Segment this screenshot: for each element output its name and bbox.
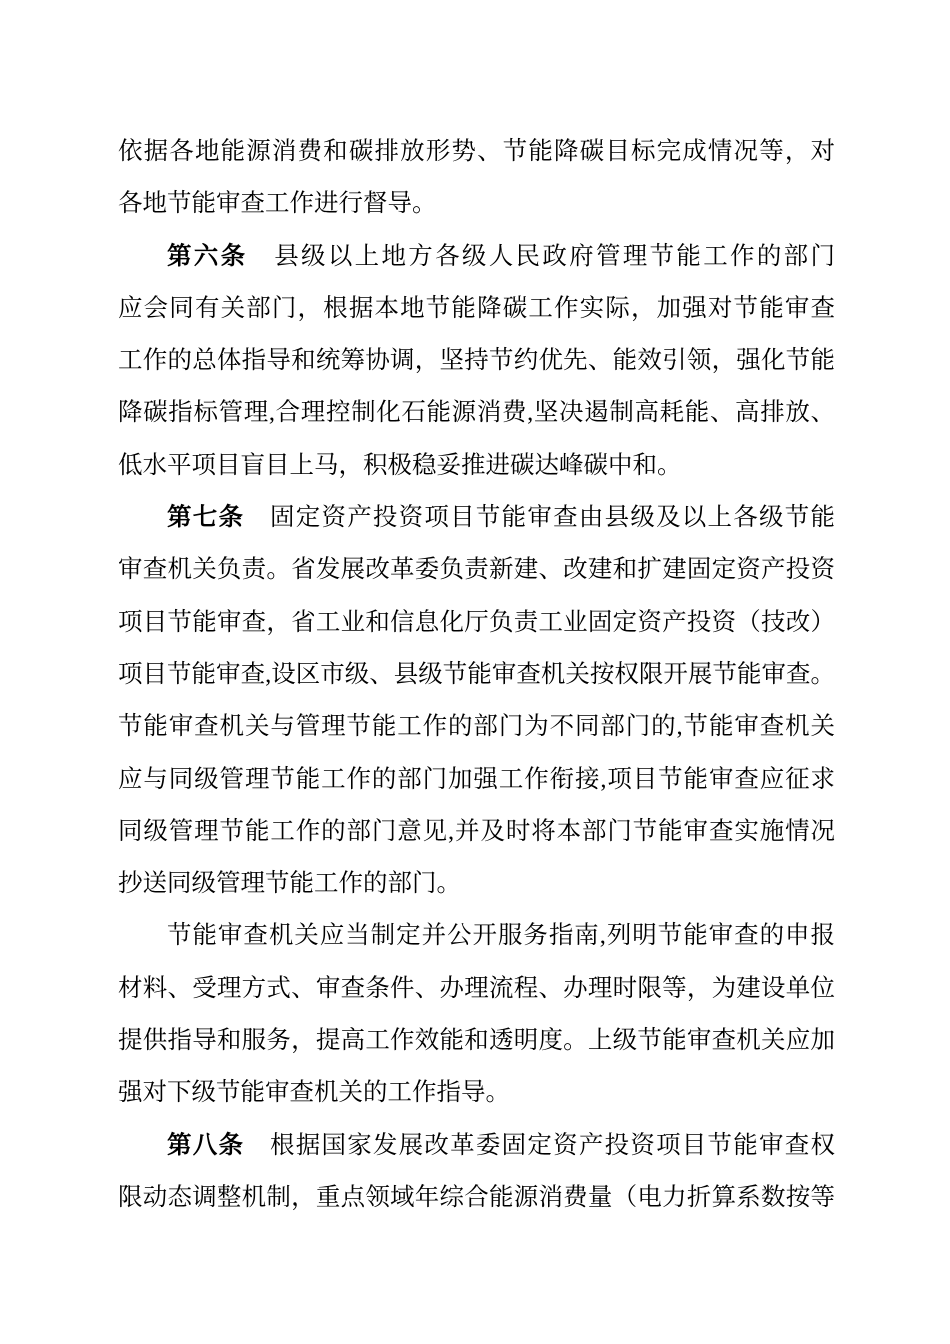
- text-line: 提供指导和服务，提高工作效能和透明度。上级节能审查机关应加: [118, 1015, 835, 1067]
- text-line: 强对下级节能审查机关的工作指导。: [118, 1067, 835, 1119]
- text-line: 各地节能审查工作进行督导。: [118, 178, 835, 230]
- article-number: 第八条: [167, 1132, 244, 1159]
- text-line: 依据各地能源消费和碳排放形势、节能降碳目标完成情况等，对: [118, 126, 835, 178]
- text-line: 同级管理节能工作的部门意见,并及时将本部门节能审查实施情况: [118, 806, 835, 858]
- text-line: 低水平项目盲目上马，积极稳妥推进碳达峰碳中和。: [118, 440, 835, 492]
- text-line: 项目节能审查,设区市级、县级节能审查机关按权限开展节能审查。: [118, 649, 835, 701]
- text-line: 节能审查机关应当制定并公开服务指南,列明节能审查的申报: [118, 910, 835, 962]
- document-page: 依据各地能源消费和碳排放形势、节能降碳目标完成情况等，对 各地节能审查工作进行督…: [0, 0, 950, 1344]
- article-number: 第七条: [167, 504, 244, 531]
- paragraph-line: 第八条 根据国家发展改革委固定资产投资项目节能审查权: [118, 1120, 835, 1172]
- line-text: 根据国家发展改革委固定资产投资项目节能审查权: [244, 1132, 835, 1159]
- article-number: 第六条: [167, 243, 247, 270]
- text-line: 材料、受理方式、审查条件、办理流程、办理时限等，为建设单位: [118, 963, 835, 1015]
- text-line: 节能审查机关与管理节能工作的部门为不同部门的,节能审查机关: [118, 701, 835, 753]
- line-text: 固定资产投资项目节能审查由县级及以上各级节能: [244, 504, 835, 531]
- text-line: 应会同有关部门，根据本地节能降碳工作实际，加强对节能审查: [118, 283, 835, 335]
- text-line: 限动态调整机制，重点领域年综合能源消费量（电力折算系数按等: [118, 1172, 835, 1224]
- text-line: 应与同级管理节能工作的部门加强工作衔接,项目节能审查应征求: [118, 754, 835, 806]
- document-text-block: 依据各地能源消费和碳排放形势、节能降碳目标完成情况等，对 各地节能审查工作进行督…: [118, 126, 835, 1224]
- text-line: 审查机关负责。省发展改革委负责新建、改建和扩建固定资产投资: [118, 544, 835, 596]
- line-text: 县级以上地方各级人民政府管理节能工作的部门: [247, 243, 835, 270]
- text-line: 降碳指标管理,合理控制化石能源消费,坚决遏制高耗能、高排放、: [118, 387, 835, 439]
- text-line: 项目节能审查，省工业和信息化厅负责工业固定资产投资（技改）: [118, 597, 835, 649]
- paragraph-line: 第七条 固定资产投资项目节能审查由县级及以上各级节能: [118, 492, 835, 544]
- paragraph-line: 第六条 县级以上地方各级人民政府管理节能工作的部门: [118, 231, 835, 283]
- text-line: 工作的总体指导和统筹协调，坚持节约优先、能效引领，强化节能: [118, 335, 835, 387]
- text-line: 抄送同级管理节能工作的部门。: [118, 858, 835, 910]
